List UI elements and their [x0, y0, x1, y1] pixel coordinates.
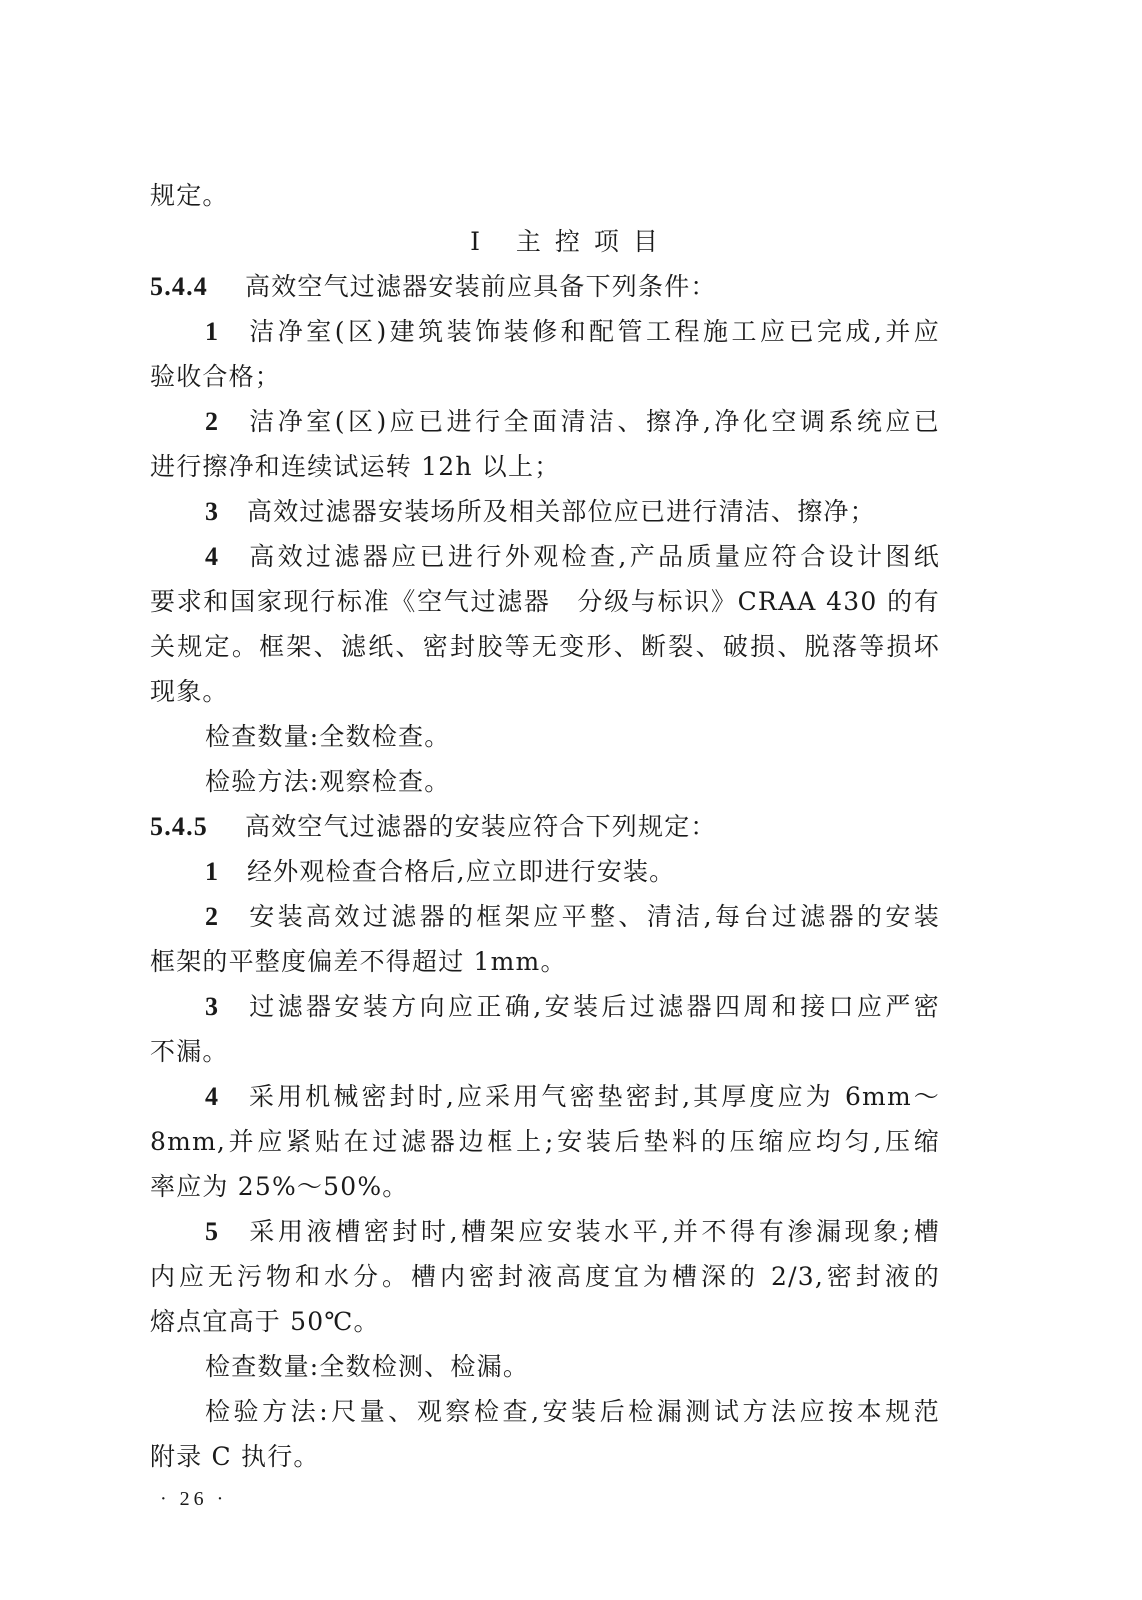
item-3-line-1: 3过滤器安装方向应正确,安装后过滤器四周和接口应严密: [205, 991, 940, 1023]
item-number: 1: [205, 316, 247, 348]
item-3-line-2: 不漏。: [150, 1036, 940, 1068]
clause-title: 高效空气过滤器的安装应符合下列规定：: [245, 812, 717, 841]
item-number: 4: [205, 1081, 247, 1113]
item-4-line-2: 8mm,并应紧贴在过滤器边框上;安装后垫料的压缩应均匀,压缩: [150, 1126, 940, 1158]
inspection-method-line-2: 附录 C 执行。: [150, 1441, 940, 1473]
section-heading: Ⅰ 主控项目: [0, 226, 1142, 258]
item-4-line-3: 率应为 25%～50%。: [150, 1171, 940, 1203]
item-number: 2: [205, 406, 247, 438]
item-1-line-1: 1经外观检查合格后,应立即进行安装。: [205, 856, 940, 888]
inspection-quantity: 检查数量:全数检测、检漏。: [205, 1351, 940, 1383]
page-number: · 26 ·: [160, 1488, 227, 1511]
clause-number: 5.4.5: [150, 811, 245, 843]
document-page: 规定。 Ⅰ 主控项目 5.4.4高效空气过滤器安装前应具备下列条件： 1洁净室(…: [0, 0, 1142, 1600]
item-number: 2: [205, 901, 247, 933]
item-1-line-1: 1洁净室(区)建筑装饰装修和配管工程施工应已完成,并应: [205, 316, 940, 348]
clause-title: 高效空气过滤器安装前应具备下列条件：: [245, 272, 717, 301]
inspection-quantity: 检查数量:全数检查。: [205, 721, 940, 753]
item-5-line-3: 熔点宜高于 50℃。: [150, 1306, 940, 1338]
item-1-line-2: 验收合格；: [150, 361, 940, 393]
clause-5-4-5-title: 5.4.5高效空气过滤器的安装应符合下列规定：: [150, 811, 940, 843]
continuation-text: 规定。: [150, 180, 940, 212]
clause-number: 5.4.4: [150, 271, 245, 303]
clause-5-4-4-title: 5.4.4高效空气过滤器安装前应具备下列条件：: [150, 271, 940, 303]
item-2-line-1: 2洁净室(区)应已进行全面清洁、擦净,净化空调系统应已: [205, 406, 940, 438]
item-4-line-2: 要求和国家现行标准《空气过滤器 分级与标识》CRAA 430 的有: [150, 586, 940, 618]
item-5-line-1: 5采用液槽密封时,槽架应安装水平,并不得有渗漏现象;槽: [205, 1216, 940, 1248]
inspection-method: 检验方法:观察检查。: [205, 766, 940, 798]
item-number: 5: [205, 1216, 247, 1248]
item-number: 4: [205, 541, 247, 573]
inspection-method-line-1: 检验方法:尺量、观察检查,安装后检漏测试方法应按本规范: [205, 1396, 940, 1428]
item-5-line-2: 内应无污物和水分。槽内密封液高度宜为槽深的 2/3,密封液的: [150, 1261, 940, 1293]
item-2-line-2: 框架的平整度偏差不得超过 1mm。: [150, 946, 940, 978]
item-4-line-1: 4高效过滤器应已进行外观检查,产品质量应符合设计图纸: [205, 541, 940, 573]
item-number: 1: [205, 856, 247, 888]
item-number: 3: [205, 991, 247, 1023]
item-4-line-3: 关规定。框架、滤纸、密封胶等无变形、断裂、破损、脱落等损坏: [150, 631, 940, 663]
item-4-line-1: 4采用机械密封时,应采用气密垫密封,其厚度应为 6mm～: [205, 1081, 940, 1113]
item-number: 3: [205, 496, 247, 528]
item-2-line-2: 进行擦净和连续试运转 12h 以上；: [150, 451, 940, 483]
item-4-line-4: 现象。: [150, 676, 940, 708]
item-2-line-1: 2安装高效过滤器的框架应平整、清洁,每台过滤器的安装: [205, 901, 940, 933]
item-3-line-1: 3高效过滤器安装场所及相关部位应已进行清洁、擦净；: [205, 496, 940, 528]
